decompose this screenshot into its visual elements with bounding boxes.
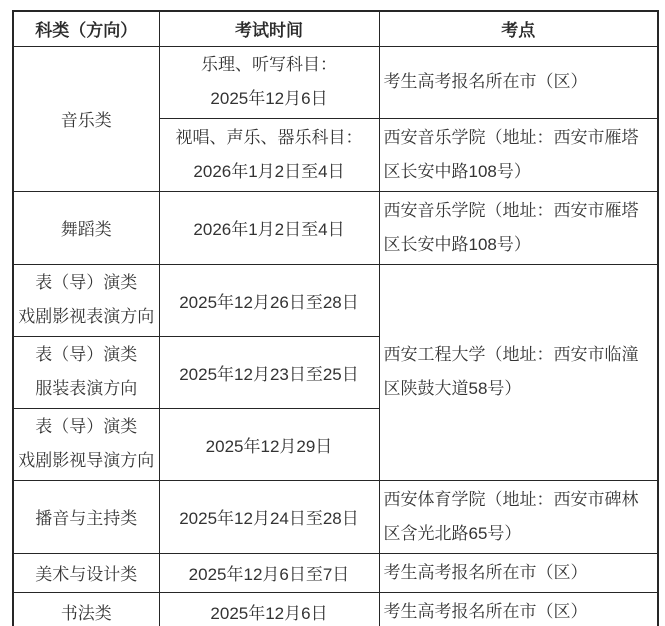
table-row: 书法类 2025年12月6日 考生高考报名所在市（区） (13, 592, 658, 626)
header-venue: 考点 (379, 11, 658, 46)
table-container: 科类（方向） 考试时间 考点 音乐类 乐理、听写科目： 2025年12月6日 考… (12, 10, 659, 626)
category-cell: 音乐类 (13, 46, 159, 191)
category-cell: 播音与主持类 (13, 480, 159, 553)
cell-line: 表（导）演类 (14, 338, 159, 372)
table-row: 播音与主持类 2025年12月24日至28日 西安体育学院（地址：西安市碑林区含… (13, 480, 658, 553)
header-exam-time: 考试时间 (159, 11, 379, 46)
time-cell: 2025年12月24日至28日 (159, 480, 379, 553)
cell-line: 乐理、听写科目： (160, 48, 379, 82)
header-row: 科类（方向） 考试时间 考点 (13, 11, 658, 46)
cell-line: 2025年12月6日 (160, 82, 379, 116)
category-cell: 表（导）演类 服装表演方向 (13, 336, 159, 408)
venue-cell: 西安工程大学（地址：西安市临潼区陕鼓大道58号） (379, 264, 658, 480)
venue-cell: 西安音乐学院（地址：西安市雁塔区长安中路108号） (379, 191, 658, 264)
time-cell: 视唱、声乐、器乐科目： 2026年1月2日至4日 (159, 118, 379, 191)
venue-cell: 西安体育学院（地址：西安市碑林区含光北路65号） (379, 480, 658, 553)
header-category: 科类（方向） (13, 11, 159, 46)
cell-line: 表（导）演类 (14, 266, 159, 300)
time-cell: 2025年12月6日至7日 (159, 553, 379, 592)
venue-cell: 考生高考报名所在市（区） (379, 592, 658, 626)
cell-line: 视唱、声乐、器乐科目： (160, 121, 379, 155)
table-row: 美术与设计类 2025年12月6日至7日 考生高考报名所在市（区） (13, 553, 658, 592)
venue-cell: 西安音乐学院（地址：西安市雁塔区长安中路108号） (379, 118, 658, 191)
cell-line: 2026年1月2日至4日 (160, 155, 379, 189)
time-cell: 2025年12月26日至28日 (159, 264, 379, 336)
time-cell: 2026年1月2日至4日 (159, 191, 379, 264)
table-row: 舞蹈类 2026年1月2日至4日 西安音乐学院（地址：西安市雁塔区长安中路108… (13, 191, 658, 264)
cell-line: 表（导）演类 (14, 410, 159, 444)
exam-schedule-page: 科类（方向） 考试时间 考点 音乐类 乐理、听写科目： 2025年12月6日 考… (0, 0, 665, 626)
category-cell: 美术与设计类 (13, 553, 159, 592)
time-cell: 2025年12月29日 (159, 408, 379, 480)
category-cell: 舞蹈类 (13, 191, 159, 264)
venue-cell: 考生高考报名所在市（区） (379, 46, 658, 118)
time-cell: 2025年12月23日至25日 (159, 336, 379, 408)
category-cell: 表（导）演类 戏剧影视导演方向 (13, 408, 159, 480)
cell-line: 戏剧影视导演方向 (14, 444, 159, 478)
venue-cell: 考生高考报名所在市（区） (379, 553, 658, 592)
exam-schedule-table: 科类（方向） 考试时间 考点 音乐类 乐理、听写科目： 2025年12月6日 考… (12, 10, 659, 626)
time-cell: 2025年12月6日 (159, 592, 379, 626)
cell-line: 服装表演方向 (14, 372, 159, 406)
category-cell: 书法类 (13, 592, 159, 626)
table-row: 表（导）演类 戏剧影视表演方向 2025年12月26日至28日 西安工程大学（地… (13, 264, 658, 336)
table-row: 音乐类 乐理、听写科目： 2025年12月6日 考生高考报名所在市（区） (13, 46, 658, 118)
time-cell: 乐理、听写科目： 2025年12月6日 (159, 46, 379, 118)
category-cell: 表（导）演类 戏剧影视表演方向 (13, 264, 159, 336)
cell-line: 戏剧影视表演方向 (14, 300, 159, 334)
